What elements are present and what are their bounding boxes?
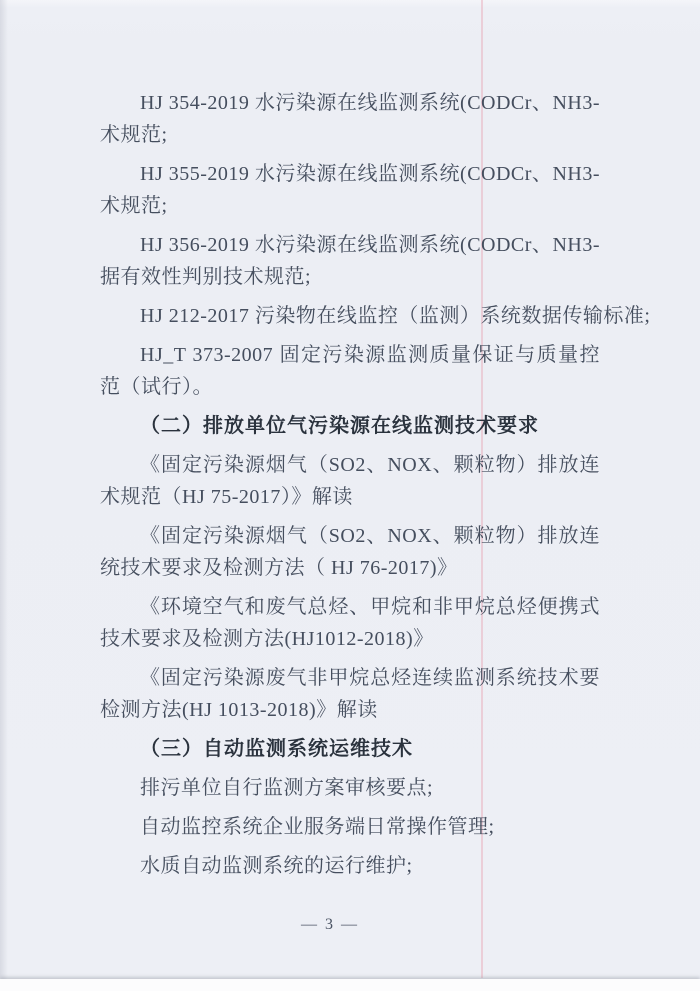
document-line: HJ_T 373-2007 固定污染源监测质量保证与质量控制技术规 [100,339,600,371]
document-body: HJ 354-2019 水污染源在线监测系统(CODCr、NH3-N 等)验收技… [100,0,600,882]
document-line: 统技术要求及检测方法（ HJ 76-2017)》 [100,552,600,584]
document-line: HJ 356-2019 水污染源在线监测系统(CODCr、NH3-N 等)数 [100,229,600,261]
document-line: 《固定污染源烟气（SO2、NOX、颗粒物）排放连续监测系 [100,520,600,552]
section-heading-2: （二）排放单位气污染源在线监测技术要求 [100,410,600,442]
document-line: 《环境空气和废气总烃、甲烷和非甲烷总烃便携式监测仪 [100,591,600,623]
document-line: HJ 355-2019 水污染源在线监测系统(CODCr、NH3-N 等)运行技 [100,158,600,190]
document-line: HJ 354-2019 水污染源在线监测系统(CODCr、NH3-N 等)验收技 [100,87,600,119]
document-line: 《固定污染源废气非甲烷总烃连续监测系统技术要求及 [100,662,600,694]
document-line: 水质自动监测系统的运行维护; [100,850,600,882]
scan-bottom-edge [0,979,700,991]
document-line: 范（试行）。 [100,371,600,403]
page-number: — 3 — [0,912,660,938]
document-line: 《固定污染源烟气（SO2、NOX、颗粒物）排放连续监测技 [100,449,600,481]
document-line: 术规范; [100,119,600,151]
document-line: 术规范; [100,190,600,222]
document-line: 技术要求及检测方法(HJ1012-2018)》 [100,623,600,655]
document-page: HJ 354-2019 水污染源在线监测系统(CODCr、NH3-N 等)验收技… [0,0,700,991]
document-line: 排污单位自行监测方案审核要点; [100,772,600,804]
document-line: 据有效性判别技术规范; [100,261,600,293]
section-heading-3: （三）自动监测系统运维技术 [100,733,600,765]
scan-left-edge [0,0,8,980]
document-line: HJ 212-2017 污染物在线监控（监测）系统数据传输标准; [100,300,600,332]
document-line: 自动监控系统企业服务端日常操作管理; [100,811,600,843]
document-line: 检测方法(HJ 1013-2018)》解读 [100,694,600,726]
document-line: 术规范（HJ 75-2017）》解读 [100,481,600,513]
